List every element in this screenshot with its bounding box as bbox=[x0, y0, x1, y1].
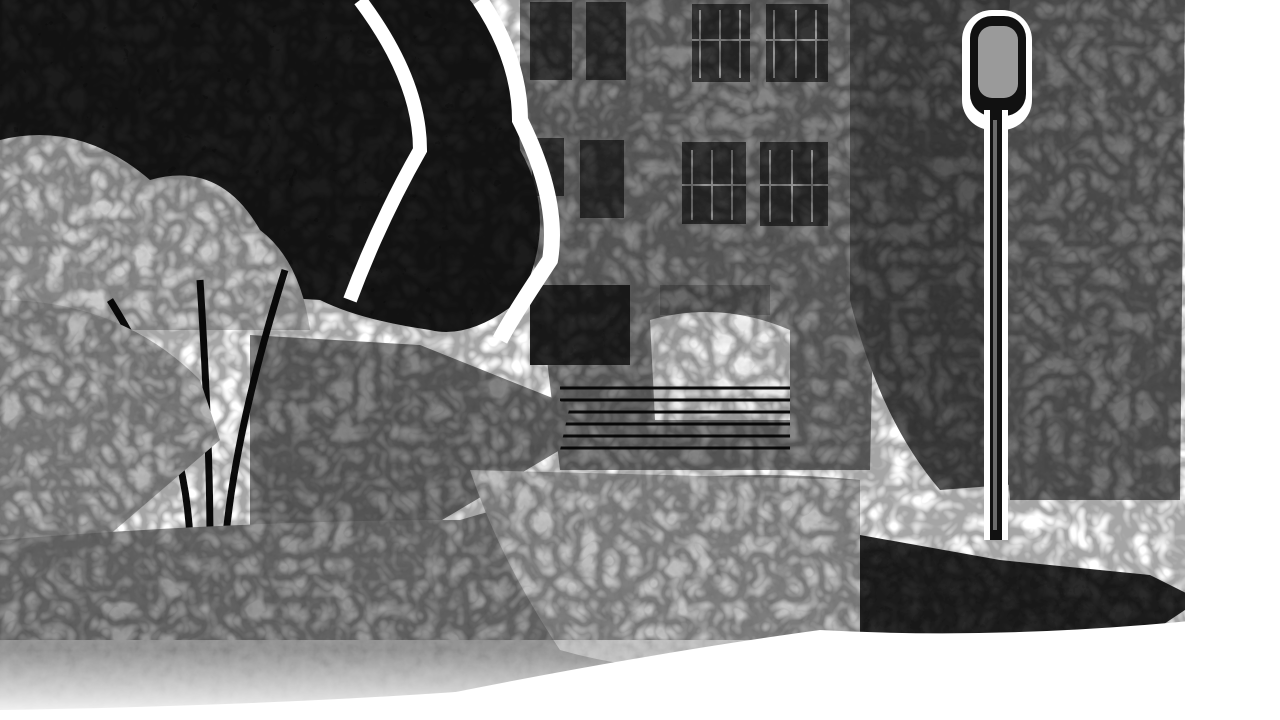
filtered-photo-scene bbox=[0, 0, 1280, 720]
